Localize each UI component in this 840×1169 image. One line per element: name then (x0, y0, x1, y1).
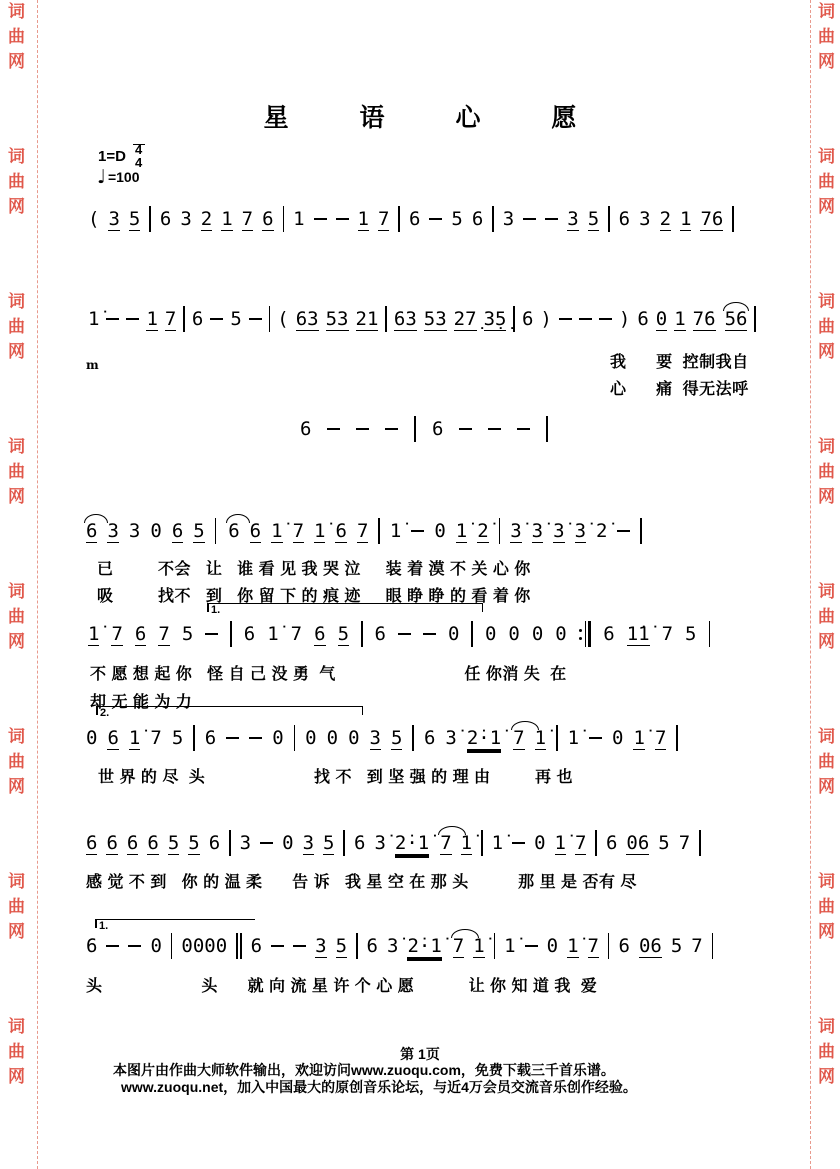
note-token: 0 (282, 832, 293, 854)
note-token: 3̇ (374, 832, 385, 854)
watermark-char: 词 (8, 148, 25, 165)
barline (608, 933, 610, 959)
barline (699, 830, 701, 856)
repeat-dot (579, 637, 582, 640)
note-token: 3 (240, 832, 251, 854)
barline (546, 416, 548, 442)
barline (608, 206, 610, 232)
note-token: 3̇ (510, 520, 521, 543)
watermark-char: 网 (8, 633, 25, 650)
dash-note (128, 945, 141, 947)
dash-note (226, 737, 239, 739)
note-token: 3̇ (553, 520, 564, 543)
watermark-char: 网 (818, 778, 835, 795)
note-token: 6 (250, 520, 261, 543)
watermark-char: 曲 (818, 173, 835, 190)
note-token: 2̇ (596, 520, 607, 542)
note-token: 0 (534, 832, 545, 854)
note-token: 1̇ (129, 727, 140, 750)
note-token: 1̇ (267, 623, 278, 645)
note-token: 6 (367, 935, 378, 957)
note-token: 1̇ (492, 832, 503, 854)
note-token: 3̇ (532, 520, 543, 543)
dash-note (589, 737, 602, 739)
barline (343, 830, 345, 856)
note-token: 0 (485, 623, 496, 645)
watermark-char: 词 (818, 873, 835, 890)
dash-note (559, 318, 572, 320)
barline (215, 518, 217, 544)
barline (149, 206, 151, 232)
watermark-dashed-line (810, 0, 811, 1169)
note-token: 6 (603, 623, 614, 645)
note-token: 6 (335, 520, 346, 543)
note-token: 56 (725, 308, 748, 331)
barline (283, 206, 285, 232)
note-token: 2̇·1̇ (395, 832, 429, 855)
watermark-char: 网 (818, 1068, 835, 1085)
note-token: 5 (671, 935, 682, 957)
watermark-char: 词 (818, 293, 835, 310)
note-token: 6 (192, 308, 203, 330)
note-token: 7 (453, 935, 464, 958)
note-token: 1 (221, 208, 232, 231)
barline (398, 206, 400, 232)
slur-arc (226, 514, 250, 523)
note-token: 7 (165, 308, 176, 331)
note-token: 1 (674, 308, 685, 331)
volta-bracket: 2. (96, 706, 363, 716)
dash-note (525, 945, 538, 947)
barline-thick (588, 621, 591, 647)
dash-note (210, 318, 223, 320)
barline (640, 518, 642, 544)
barline (412, 725, 414, 751)
watermark-char: 词 (818, 583, 835, 600)
note-token: 21 (356, 308, 379, 331)
note-token: 53 (424, 308, 447, 331)
note-token: 6 (209, 832, 220, 854)
notation-line: 1̇767561̇76560000061̇1̇75 (88, 619, 722, 649)
dash-note (423, 633, 436, 635)
note-token: 2̇·1̇ (407, 935, 441, 958)
notation-line: (35632176117656335632176 (88, 204, 743, 234)
watermark-dashed-line (37, 0, 38, 1169)
note-token: 0 (434, 520, 445, 542)
barline (171, 933, 173, 959)
watermark-char: 曲 (8, 608, 25, 625)
note-token: 3 (303, 832, 314, 855)
note-token: 1 (358, 208, 369, 231)
note-token: 1̇ (271, 520, 282, 543)
note-token: 0 (656, 308, 667, 331)
watermark-char: 曲 (8, 753, 25, 770)
note-token: 63 (394, 308, 417, 331)
volta-label: 1. (99, 920, 108, 932)
note-token: 5 (685, 623, 696, 645)
note-token: 5 (391, 727, 402, 750)
watermark-char: 网 (8, 778, 25, 795)
song-title: 星 语 心 愿 (0, 98, 840, 134)
watermark-char: 曲 (8, 463, 25, 480)
dash-note (459, 428, 472, 430)
watermark-char: 曲 (818, 318, 835, 335)
note-token: 7 (679, 832, 690, 854)
dash-note (327, 428, 340, 430)
note-token: 6 (606, 832, 617, 854)
note-token: 0 (348, 727, 359, 749)
note-token: 5 (129, 208, 140, 231)
note-token: ( (88, 208, 99, 230)
note-token: 63 (296, 308, 319, 331)
barline (754, 306, 756, 332)
note-token: 27̣ (454, 308, 477, 331)
footer-credit-line2: www.zuoqu.net，加入中国最大的原创音乐论坛，与近4万会员交流音乐创作… (121, 1077, 637, 1097)
note-token: 6 (432, 418, 443, 440)
watermark-char: 曲 (818, 463, 835, 480)
note-token: 6 (86, 935, 97, 957)
note-token: 6 (637, 308, 648, 330)
note-token: 6 (251, 935, 262, 957)
notation-line: 66 (300, 414, 564, 444)
note-token: 6 (522, 308, 533, 330)
watermark-char: 词 (818, 148, 835, 165)
slur-arc (451, 929, 479, 938)
barline (732, 206, 734, 232)
barline (556, 725, 558, 751)
slur-arc (511, 721, 539, 730)
note-token: ( (277, 308, 288, 330)
barline (709, 621, 711, 647)
watermark-char: 词 (818, 1018, 835, 1035)
watermark-char: 曲 (818, 28, 835, 45)
barline (361, 621, 363, 647)
volta-tick (95, 919, 97, 928)
note-token: 2̇ (477, 520, 488, 543)
note-token: 7 (662, 623, 673, 645)
note-token: 6 (314, 623, 325, 646)
barline (378, 518, 380, 544)
dash-note (126, 318, 139, 320)
note-token: 7 (440, 832, 451, 855)
lyric-line: 心 痛 得无法呼 (610, 376, 749, 399)
volta-tick (96, 706, 98, 715)
repeat-dot (579, 629, 582, 632)
note-token: 7 (513, 727, 524, 750)
dynamic-mark: m (86, 358, 99, 372)
dash-note (271, 945, 284, 947)
note-token: 0 (532, 623, 543, 645)
watermark-char: 网 (8, 1068, 25, 1085)
note-token: 0 (327, 727, 338, 749)
watermark-char: 词 (818, 728, 835, 745)
note-token: 0 (305, 727, 316, 749)
note-token: 6 (354, 832, 365, 854)
dash-note (488, 428, 501, 430)
watermark-char: 网 (818, 53, 835, 70)
dash-note (356, 428, 369, 430)
note-token: 0 (612, 727, 623, 749)
barline (481, 830, 483, 856)
note-token: 7 (242, 208, 253, 231)
dash-note (599, 318, 612, 320)
note-token: 5 (172, 727, 183, 749)
note-token: 1̇ (461, 832, 472, 855)
watermark-char: 网 (8, 343, 25, 360)
note-token: 1̇ (88, 623, 99, 646)
watermark-char: 词 (818, 3, 835, 20)
dash-note (517, 428, 530, 430)
notation-line: 1̇1765(635321635327̣3̣5̣6))6017656 (88, 304, 763, 334)
note-token: 6 (160, 208, 171, 230)
dash-note (249, 737, 262, 739)
note-token: 1̇ (504, 935, 515, 957)
note-token: 53 (326, 308, 349, 331)
note-token: 3̇ (575, 520, 586, 543)
lyric-line: 我 要 控制我自 (610, 349, 749, 372)
watermark-char: 曲 (818, 608, 835, 625)
dash-note (398, 633, 411, 635)
watermark-char: 网 (818, 923, 835, 940)
barline (499, 518, 501, 544)
note-token: 5 (182, 623, 193, 645)
note-token: 1̇ (314, 520, 325, 543)
note-token: 3̇ (387, 935, 398, 957)
note-token: 3 (180, 208, 191, 230)
note-token: 0 (508, 623, 519, 645)
notation-line: 6666556303563̇2̇·1̇71̇1̇01̇760657 (86, 828, 710, 858)
note-token: 1̇ (567, 935, 578, 958)
repeat-dots (579, 626, 582, 642)
note-token: 76 (693, 308, 716, 331)
barline (240, 933, 242, 959)
dash-note (429, 218, 442, 220)
lyric-line: 头 头 就 向 流 星 许 个 心 愿 让 你 知 道 我 爱 (86, 973, 597, 996)
watermark-char: 词 (8, 3, 25, 20)
watermark-char: 网 (818, 633, 835, 650)
dash-note (106, 318, 119, 320)
repeat-sign (579, 621, 592, 647)
note-token: 6 (228, 520, 239, 542)
note-token: 0 (150, 935, 161, 957)
watermark-char: 网 (818, 343, 835, 360)
volta-tick (482, 603, 484, 612)
barline (585, 621, 587, 647)
note-token: 1̇ (535, 727, 546, 750)
watermark-char: 网 (818, 198, 835, 215)
barline (193, 725, 195, 751)
note-token: 1 (146, 308, 157, 331)
watermark-char: 网 (8, 53, 25, 70)
barline (494, 933, 496, 959)
dash-note (106, 945, 119, 947)
lyric-line: 已 不会 让 谁 看 见 我 哭 泣 装 着 漠 不 关 心 你 (97, 556, 531, 579)
note-token: 0 (272, 727, 283, 749)
note-token: 5 (588, 208, 599, 231)
note-token: 3 (370, 727, 381, 750)
dash-note (512, 842, 525, 844)
note-token: 6 (424, 727, 435, 749)
note-token: 7 (158, 623, 169, 646)
volta-bracket: 1. (207, 603, 483, 613)
note-token: 7 (111, 623, 122, 646)
watermark-char: 曲 (8, 898, 25, 915)
note-token: 1̇ (568, 727, 579, 749)
note-token: 1̇ (473, 935, 484, 958)
note-token: 7 (357, 520, 368, 543)
watermark-char: 词 (8, 728, 25, 745)
barline (676, 725, 678, 751)
note-token: 5 (193, 520, 204, 543)
note-token: 1̇ (88, 308, 99, 330)
dash-note (617, 530, 630, 532)
watermark-char: 词 (8, 438, 25, 455)
note-token: 7 (150, 727, 161, 749)
barline (294, 725, 296, 751)
note-token: 7 (588, 935, 599, 958)
barline (471, 621, 473, 647)
watermark-char: 网 (8, 488, 25, 505)
tempo-value: =100 (108, 169, 140, 185)
note-token: 5 (230, 308, 241, 330)
tempo-marking: ♩ =100 (97, 166, 140, 188)
note-token: 3 (503, 208, 514, 230)
note-token: 7 (575, 832, 586, 855)
watermark-char: 网 (8, 198, 25, 215)
barline (712, 933, 714, 959)
note-token: 7 (293, 520, 304, 543)
slur-arc (84, 514, 108, 523)
note-token: 6 (409, 208, 420, 230)
dash-note (523, 218, 536, 220)
barline (414, 416, 416, 442)
dash-note (336, 218, 349, 220)
watermark-char: 曲 (8, 318, 25, 335)
barline (492, 206, 494, 232)
watermark-char: 曲 (818, 898, 835, 915)
note-token: 1̇ (456, 520, 467, 543)
note-token: 2̇·1̇ (467, 727, 501, 750)
note-token: 3 (129, 520, 140, 542)
note-token: 6 (135, 623, 146, 646)
note-token: 3 (639, 208, 650, 230)
note-token: 0 (86, 727, 97, 749)
watermark-char: 曲 (818, 753, 835, 770)
note-token: 6 (300, 418, 311, 440)
note-token: 5 (323, 832, 334, 855)
note-token: 6 (107, 727, 118, 750)
note-token: 7 (691, 935, 702, 957)
note-token: ) (619, 308, 630, 330)
barline (385, 306, 387, 332)
watermark-char: 词 (8, 1018, 25, 1035)
note-token: 7 (655, 727, 666, 750)
barline (595, 830, 597, 856)
watermark-char: 网 (8, 923, 25, 940)
volta-bracket: 1. (95, 919, 255, 929)
slur-arc (723, 302, 749, 311)
barline (356, 933, 358, 959)
watermark-char: 词 (818, 438, 835, 455)
note-token: 3 (107, 520, 118, 543)
note-token: 6 (147, 832, 158, 855)
slur-arc (438, 826, 466, 835)
watermark-char: 网 (818, 488, 835, 505)
note-token: 06 (626, 832, 649, 855)
dash-note (260, 842, 273, 844)
watermark-char: 词 (8, 583, 25, 600)
note-token: 0 (547, 935, 558, 957)
note-token: 3 (567, 208, 578, 231)
note-token: 5 (338, 623, 349, 646)
note-token: 3 (108, 208, 119, 231)
note-token: 7 (378, 208, 389, 231)
barline (230, 621, 232, 647)
note-token: 6 (619, 208, 630, 230)
notation-line: 061̇75600003563̇2̇·1̇71̇1̇01̇7 (86, 723, 688, 753)
watermark-char: 曲 (8, 173, 25, 190)
dash-note (205, 633, 218, 635)
volta-label: 2. (100, 707, 109, 719)
note-token: 0 (448, 623, 459, 645)
note-token: 1̇ (555, 832, 566, 855)
watermark-char: 词 (8, 873, 25, 890)
note-token: 1̇ (390, 520, 401, 542)
note-token: 6 (375, 623, 386, 645)
note-token: 1 (680, 208, 691, 231)
note-token: 5 (451, 208, 462, 230)
dash-note (579, 318, 592, 320)
barline (183, 306, 185, 332)
note-token: 1̇1̇ (627, 623, 650, 646)
volta-label: 1. (211, 604, 220, 616)
note-token: 6 (106, 832, 117, 855)
note-token: 6 (205, 727, 216, 749)
barline (513, 306, 515, 332)
fraction-line (133, 144, 145, 145)
note-token: 3̣5̣ (484, 308, 507, 331)
note-token: 6 (262, 208, 273, 231)
note-token: 0 (150, 520, 161, 542)
dash-note (293, 945, 306, 947)
volta-tick (362, 706, 364, 715)
note-token: 3 (315, 935, 326, 958)
dash-note (385, 428, 398, 430)
note-token: 6 (472, 208, 483, 230)
note-token: 5 (658, 832, 669, 854)
quarter-note-icon: ♩ (97, 166, 106, 188)
note-token: 6 (244, 623, 255, 645)
key-label: 1=D (98, 148, 126, 165)
note-token: 6 (172, 520, 183, 543)
lyric-line: 感 觉 不 到 你 的 温 柔 告 诉 我 星 空 在 那 头 那 里 是 否有… (86, 869, 637, 892)
note-token: 6 (86, 832, 97, 855)
note-token: 0000 (181, 935, 227, 957)
notation-line: 60000063563̇2̇·1̇71̇1̇01̇760657 (86, 931, 722, 961)
barline (229, 830, 231, 856)
note-token: 1̇ (633, 727, 644, 750)
note-token: 6 (127, 832, 138, 855)
lyric-line: 世 界 的 尽 头 找 不 到 坚 强 的 理 由 再 也 (98, 764, 573, 787)
dash-note (314, 218, 327, 220)
dash-note (545, 218, 558, 220)
double-barline (236, 933, 242, 959)
dash-note (249, 318, 262, 320)
note-token: 6 (86, 520, 97, 543)
note-token: 5 (336, 935, 347, 958)
notation-line: 633065661̇71̇671̇01̇2̇3̇3̇3̇3̇2̇ (84, 516, 652, 546)
note-token: ) (540, 308, 551, 330)
